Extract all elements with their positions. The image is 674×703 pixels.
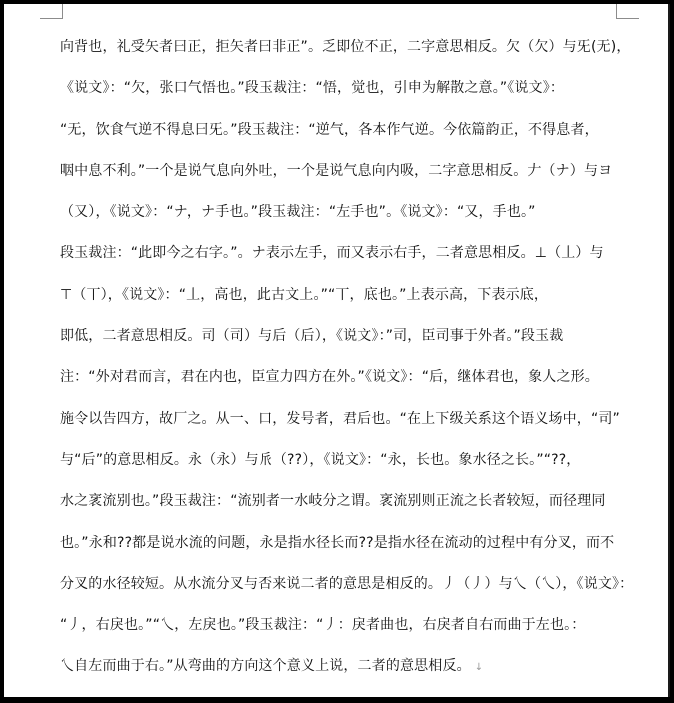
text-line: 分叉的水径较短。从水流分叉与否来说二者的意思是相反的。丿（丿）与乀（乀），《说文… bbox=[60, 567, 620, 608]
paragraph-mark-icon: ↓ bbox=[475, 662, 484, 673]
margin-corner-top-left bbox=[40, 4, 63, 19]
text-line: “无，饮食气逆不得息曰旡。”段玉裁注：“逆气，各本作气逆。今依篇韵正，不得息者， bbox=[60, 113, 620, 154]
text-line: 《说文》：“欠，张口气悟也。”段玉裁注：“悟，觉也，引申为解散之意。”《说文》： bbox=[60, 71, 620, 112]
text-line: 即低，二者意思相反。司（司）与后（后），《说文》：”司，臣司事于外者。”段玉裁 bbox=[60, 319, 620, 360]
text-line: 施令以告四方，故厂之。从一、口，发号者，君后也。“在上下级关系这个语义场中，“司… bbox=[60, 402, 620, 443]
text-line: 向背也，礼受矢者曰正，拒矢者曰非正”。乏即位不正，二字意思相反。⽋（欠）与旡(无… bbox=[60, 30, 620, 71]
document-body[interactable]: 向背也，礼受矢者曰正，拒矢者曰非正”。乏即位不正，二字意思相反。⽋（欠）与旡(无… bbox=[60, 30, 620, 691]
text-line: 也。”永和??都是说水流的问题，永是指水径长而??是指水径在流动的过程中有分叉，… bbox=[60, 526, 620, 567]
text-line: （又），《说文》：“ナ，ナ手也。”段玉裁注：“左手也”。《说文》：“又，手也。” bbox=[60, 195, 620, 236]
document-page: 向背也，礼受矢者曰正，拒矢者曰非正”。乏即位不正，二字意思相反。⽋（欠）与旡(无… bbox=[4, 4, 670, 697]
text-line: ⊤（丅），《说文》：“丄，高也，此古文上。”“丅，底也。”上表示高，下表示底， bbox=[60, 278, 620, 319]
text-line-content: 乀自左而曲于右。”从弯曲的方向这个意义上说，二者的意思相反。 bbox=[60, 658, 471, 674]
text-line: 咽中息不利。”一个是说气息向外吐，一个是说气息向内吸，二字意思相反。𠂇（ナ）与ヨ bbox=[60, 154, 620, 195]
text-line: 注：“外对君而言，君在内也，臣宣力四方在外。”《说文》：“后，继体君也，象人之形… bbox=[60, 360, 620, 401]
text-line: 水之衺流别也。”段玉裁注：“流别者一水岐分之谓。衺流别则正流之长者较短，而径理同 bbox=[60, 484, 620, 525]
last-text-line: 乀自左而曲于右。”从弯曲的方向这个意义上说，二者的意思相反。↓ bbox=[60, 649, 620, 690]
text-line: 与“后”的意思相反。永（永）与𠂢（??），《说文》：“永，长也。象水径之长。”“… bbox=[60, 443, 620, 484]
margin-corner-top-right bbox=[616, 4, 639, 19]
text-line: “丿，右戾也。”“乀，左戾也。”段玉裁注：“丿：戾者曲也，右戾者自右而曲于左也。… bbox=[60, 608, 620, 649]
text-line: 段玉裁注：“此即今之右字。”。ナ表示左手，而又表示右手，二者意思相反。⊥（丄）与 bbox=[60, 236, 620, 277]
